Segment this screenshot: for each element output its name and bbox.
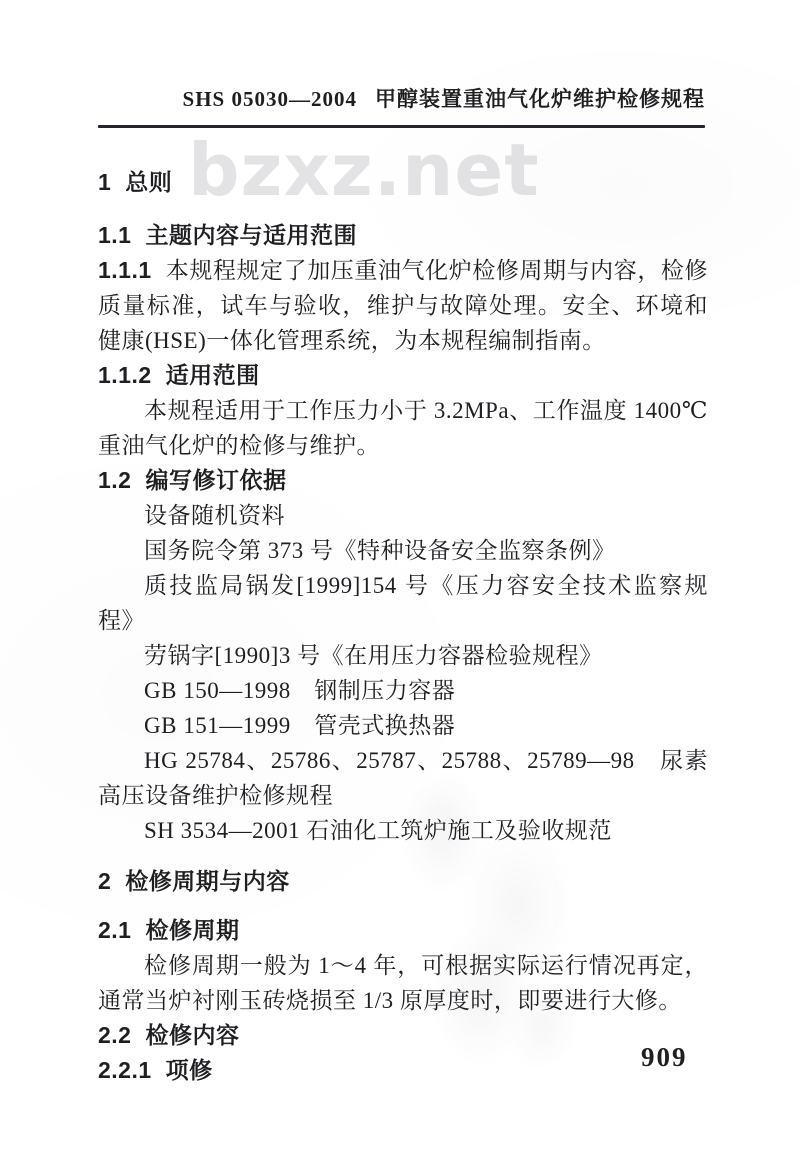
subsection-heading-1-1: 1.1主题内容与适用范围 xyxy=(98,218,708,253)
reference-item: 设备随机资料 xyxy=(98,498,708,533)
clause-text: 本规程规定了加压重油气化炉检修周期与内容，检修质量标准，试车与验收，维护与故障处… xyxy=(98,258,708,353)
subsection-title: 检修内容 xyxy=(145,1022,239,1048)
subsection-number: 1.2 xyxy=(98,467,131,493)
subsection-heading-1-1-2: 1.1.2适用范围 xyxy=(98,358,708,393)
section-title: 总则 xyxy=(125,169,172,195)
section-number: 2 xyxy=(98,868,111,894)
section-heading-1: 1总则 xyxy=(98,165,708,200)
section-title: 检修周期与内容 xyxy=(125,868,290,894)
subsection-title: 检修周期 xyxy=(145,917,239,943)
subsection-heading-2-1: 2.1检修周期 xyxy=(98,913,708,948)
paragraph-scope: 本规程适用于工作压力小于 3.2MPa、工作温度 1400℃重油气化炉的检修与维… xyxy=(98,393,708,463)
header-rule xyxy=(98,125,705,128)
reference-item: SH 3534—2001 石油化工筑炉施工及验收规范 xyxy=(98,813,708,848)
subsection-number: 2.1 xyxy=(98,917,131,943)
reference-item: 国务院令第 373 号《特种设备安全监察条例》 xyxy=(98,533,708,568)
subsection-title: 项修 xyxy=(166,1057,213,1083)
header-text: SHS 05030—2004甲醇装置重油气化炉维护检修规程 xyxy=(98,83,705,113)
subsection-number: 1.1.2 xyxy=(98,362,152,388)
reference-item: GB 151—1999 管壳式换热器 xyxy=(98,708,708,743)
paragraph-repair-cycle: 检修周期一般为 1～4 年，可根据实际运行情况再定，通常当炉衬刚玉砖烧损至 1/… xyxy=(98,948,708,1018)
standard-number: SHS 05030—2004 xyxy=(183,87,357,111)
page-number: 909 xyxy=(641,1042,688,1073)
clause-number: 1.1.1 xyxy=(98,257,152,283)
reference-item: HG 25784、25786、25787、25788、25789—98 尿素高压… xyxy=(98,743,708,813)
standard-title: 甲醇装置重油气化炉维护检修规程 xyxy=(375,87,705,111)
page-header: SHS 05030—2004甲醇装置重油气化炉维护检修规程 xyxy=(98,0,705,128)
paragraph-1-1-1: 1.1.1本规程规定了加压重油气化炉检修周期与内容，检修质量标准，试车与验收，维… xyxy=(98,253,708,358)
section-number: 1 xyxy=(98,169,111,195)
subsection-title: 主题内容与适用范围 xyxy=(145,222,357,248)
subsection-heading-2-2-1: 2.2.1项修 xyxy=(98,1053,708,1088)
reference-item: 劳锅字[1990]3 号《在用压力容器检验规程》 xyxy=(98,638,708,673)
subsection-title: 适用范围 xyxy=(166,362,260,388)
subsection-heading-2-2: 2.2检修内容 xyxy=(98,1018,708,1053)
subsection-number: 2.2 xyxy=(98,1022,131,1048)
document-content: 1总则 1.1主题内容与适用范围 1.1.1本规程规定了加压重油气化炉检修周期与… xyxy=(98,165,708,1088)
subsection-number: 1.1 xyxy=(98,222,131,248)
reference-item: GB 150—1998 钢制压力容器 xyxy=(98,673,708,708)
subsection-heading-1-2: 1.2编写修订依据 xyxy=(98,463,708,498)
document-page: bzxz.net SHS 05030—2004甲醇装置重油气化炉维护检修规程 1… xyxy=(0,0,800,1158)
section-heading-2: 2检修周期与内容 xyxy=(98,864,708,899)
subsection-number: 2.2.1 xyxy=(98,1057,152,1083)
reference-item: 质技监局锅发[1999]154 号《压力容安全技术监察规程》 xyxy=(98,568,708,638)
subsection-title: 编写修订依据 xyxy=(145,467,286,493)
